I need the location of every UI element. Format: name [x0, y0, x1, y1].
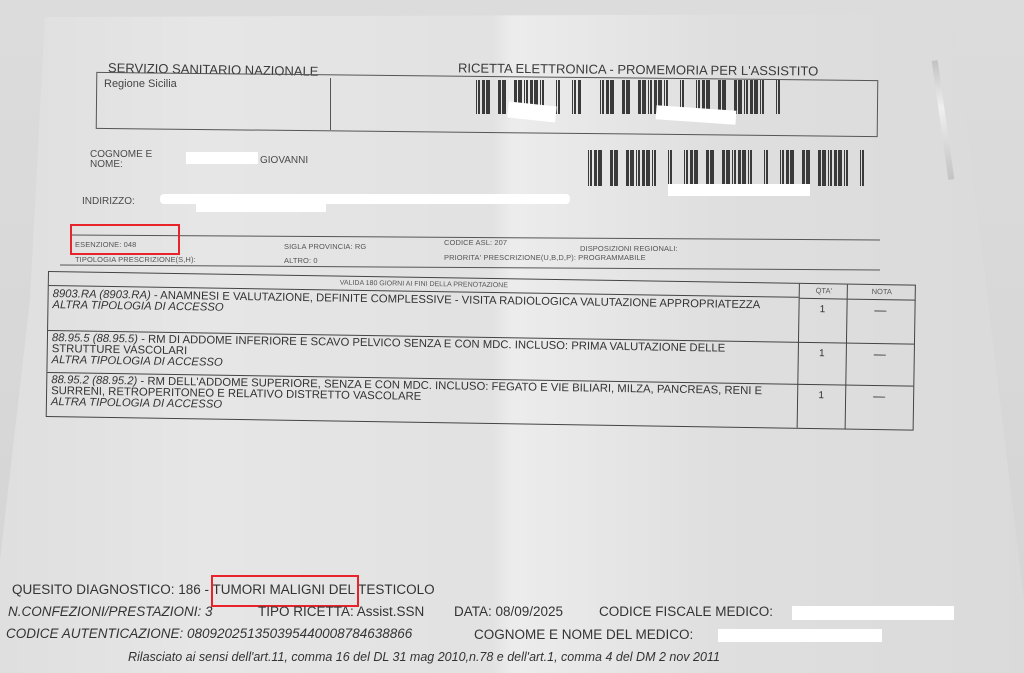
- prescription-table: VALIDA 180 GIORNI AI FINI DELLA PRENOTAZ…: [46, 271, 916, 431]
- sigla-provincia-field: SIGLA PROVINCIA: RG: [284, 242, 366, 251]
- row-note: —: [846, 303, 914, 318]
- header-divider: [330, 78, 331, 130]
- row-description: 88.95.5 (88.95.5) - RM DI ADDOME INFERIO…: [52, 333, 792, 378]
- redaction-surname: [186, 152, 258, 164]
- redaction-address-2: [196, 204, 326, 212]
- codice-asl-field: CODICE ASL: 207: [444, 238, 507, 247]
- name-label: COGNOME E NOME:: [90, 150, 152, 170]
- esenzione-highlight: [70, 224, 180, 255]
- legal-note: Rilasciato ai sensi dell'art.11, comma 1…: [128, 650, 720, 664]
- medico-label: COGNOME E NOME DEL MEDICO:: [474, 627, 693, 642]
- cf-medico-label: CODICE FISCALE MEDICO:: [599, 604, 773, 619]
- priorita-field: PRIORITA' PRESCRIZIONE(U,B,D,P): PROGRAM…: [444, 253, 646, 262]
- address-label: INDIRIZZO:: [82, 196, 135, 207]
- codice-autenticazione: CODICE AUTENTICAZIONE: 08092025135039544…: [6, 626, 412, 641]
- altro-field: ALTRO: 0: [284, 256, 318, 265]
- name-label-line2: NOME:: [90, 160, 152, 170]
- note-header: NOTA: [848, 287, 916, 297]
- row-description: 88.95.2 (88.95.2) - RM DELL'ADDOME SUPER…: [51, 375, 791, 420]
- diagnosis-highlight: [211, 575, 359, 607]
- row-qty: 1: [798, 304, 846, 316]
- confezioni-field: N.CONFEZIONI/PRESTAZIONI: 3: [8, 604, 213, 619]
- redaction-medico: [718, 629, 882, 642]
- row-note: —: [846, 347, 914, 362]
- tipologia-field: TIPOLOGIA PRESCRIZIONE(S,H):: [75, 255, 196, 264]
- barcode-3: [588, 150, 872, 186]
- disposizioni-field: DISPOSIZIONI REGIONALI:: [580, 244, 678, 253]
- redaction-3: [668, 184, 810, 196]
- data-field: DATA: 08/09/2025: [454, 604, 563, 619]
- tipo-ricetta-field: TIPO RICETTA: Assist.SSN: [258, 604, 424, 619]
- patient-first-name: GIOVANNI: [260, 155, 308, 166]
- redaction-address: [160, 194, 570, 204]
- row-qty: 1: [798, 348, 846, 360]
- region-label: Regione Sicilia: [104, 78, 177, 90]
- redaction-cf-medico: [792, 606, 954, 620]
- row-qty: 1: [797, 390, 845, 402]
- qty-header: QTA': [800, 286, 848, 296]
- row-note: —: [845, 389, 913, 404]
